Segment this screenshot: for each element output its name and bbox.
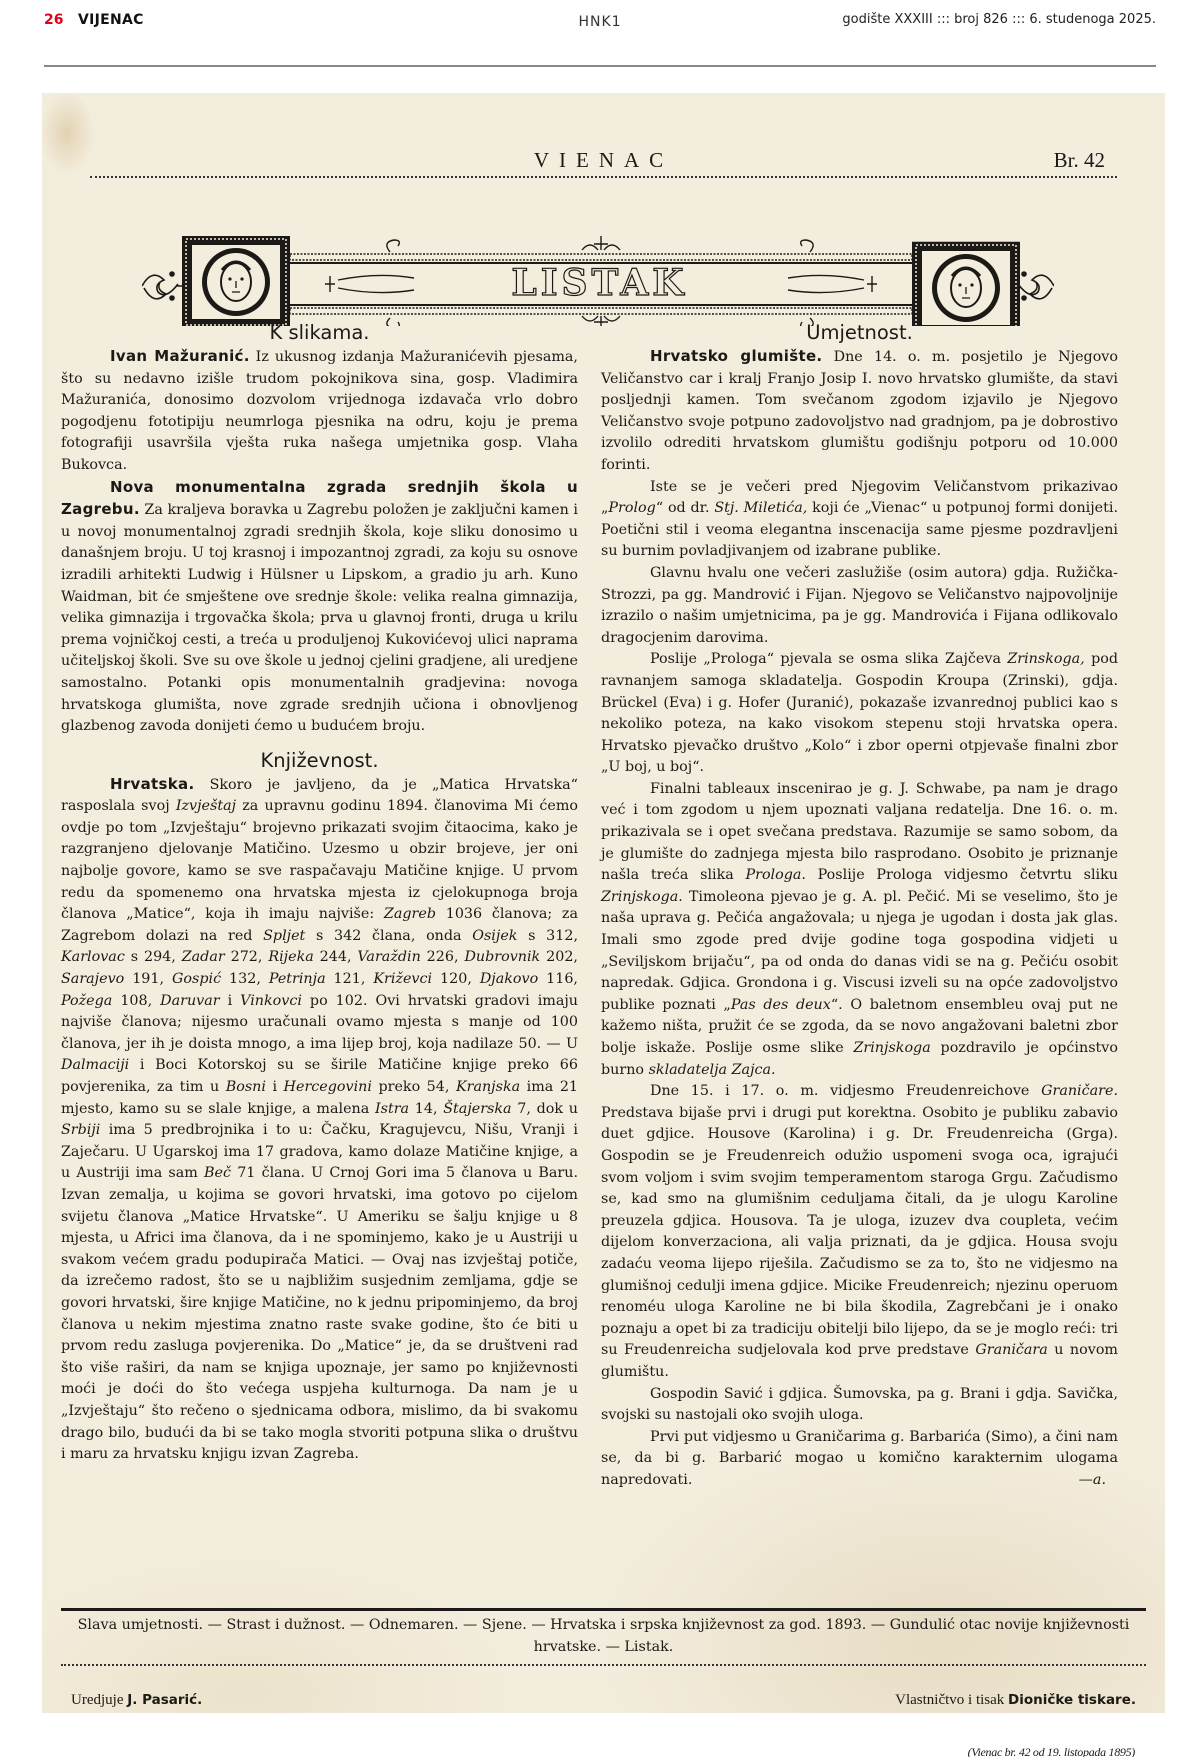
article-paragraph: Poslije „Prologa“ pjevala se osma slika … [601, 649, 1118, 779]
printer-credit: Vlastničtvo i tisak Dioničke tiskare. [895, 1692, 1136, 1709]
listak-banner: LISTAK [142, 236, 1054, 326]
masthead-rule [90, 176, 1117, 179]
article-paragraph: Prvi put vidjesmo u Graničarima g. Barba… [601, 1427, 1118, 1492]
article-paragraph: Iste se je večeri pred Njegovim Veličans… [601, 477, 1118, 563]
article-paragraph: Hrvatska. Skoro je javljeno, da je „Mati… [61, 774, 578, 1466]
page-header: 26 VIJENAC HNK1 godište XXXIII ::: broj … [44, 8, 1156, 66]
source-note: (Vienac br. 42 od 19. listopada 1895) [968, 1745, 1135, 1757]
contents-text: Slava umjetnosti. — Strast i dužnost. — … [61, 1615, 1146, 1658]
section-title-k-slikama: K slikama. [61, 320, 578, 346]
article-lead: Ivan Mažuranić. [110, 347, 250, 365]
editor-credit: Uredjuje J. Pasarić. [71, 1692, 202, 1709]
listak-title: LISTAK [492, 262, 707, 304]
article-paragraph: Dne 15. i 17. o. m. vidjesmo Freudenreic… [601, 1081, 1118, 1383]
article-lead: Hrvatsko glumište. [650, 347, 822, 365]
article-paragraph: Gospodin Savić i gdjica. Šumovska, pa g.… [601, 1384, 1118, 1427]
contents-rule-top [61, 1608, 1146, 1611]
contents-rule-bottom [61, 1664, 1146, 1666]
article-paragraph: Finalni tableaux inscenirao je g. J. Sch… [601, 779, 1118, 1081]
issue-info: godište XXXIII ::: broj 826 ::: 6. stude… [842, 12, 1156, 27]
header-rule [44, 65, 1156, 67]
issue-contents: Slava umjetnosti. — Strast i dužnost. — … [61, 1608, 1146, 1666]
article-paragraph: Hrvatsko glumište. Dne 14. o. m. posjeti… [601, 346, 1118, 477]
imprint: Uredjuje J. Pasarić. Vlastničtvo i tisak… [71, 1692, 1136, 1716]
article-lead: Hrvatska. [110, 775, 194, 793]
facsimile-page: VIENAC Br. 42 [42, 93, 1165, 1713]
article-paragraph: Ivan Mažuranić. Iz ukusnog izdanja Mažur… [61, 346, 578, 477]
article-paragraph: Glavnu hvalu one večeri zaslužiše (osim … [601, 563, 1118, 649]
section-title-umjetnost: Umjetnost. [601, 320, 1118, 346]
article-paragraph: Nova monumentalna zgrada srednjih škola … [61, 477, 578, 738]
section-title-knjizevnost: Književnost. [61, 748, 578, 774]
left-column: K slikama. Ivan Mažuranić. Iz ukusnog iz… [61, 320, 578, 1466]
masthead-issue-number: Br. 42 [1054, 148, 1105, 173]
right-column: Umjetnost. Hrvatsko glumište. Dne 14. o.… [601, 320, 1118, 1491]
masthead: VIENAC Br. 42 [90, 148, 1117, 178]
masthead-title: VIENAC [90, 148, 1117, 173]
author-signature: —a. [1030, 1470, 1106, 1492]
